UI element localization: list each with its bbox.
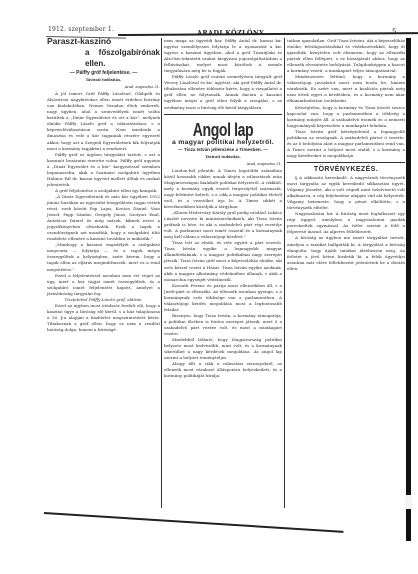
- paragraph: A bíróság az ügyben ma ismét tárgyalást …: [287, 235, 405, 271]
- paragraph: „Minthogy a kaszinó engedélyét a szolgab…: [47, 242, 160, 272]
- paragraph: Tisza lett az elnök, és vele együtt a pá…: [164, 240, 282, 282]
- column-divider: [284, 38, 285, 508]
- paragraph: Pálffy gróf ez ügyben tárgyalást tartott…: [47, 152, 160, 188]
- header-rule: [118, 32, 418, 35]
- page-edge-shadow: [406, 38, 411, 541]
- article-source-note: Távirati tudósítás.: [164, 154, 282, 160]
- column-right: tatban igazolatlan. Gróf Tisza Istvánt, …: [287, 38, 405, 272]
- article-source-note: Távirati tudósítás.: [47, 77, 160, 83]
- paragraph: Ahogy állt a cikk a választási viszonyok…: [164, 361, 282, 379]
- page-edge-gap: [405, 495, 412, 509]
- paragraph: London-ból jelentik: A Times legutóbbi s…: [164, 168, 282, 210]
- paragraph: nem maga az ügyvédi kar. Pálffy Antal dr…: [164, 38, 282, 74]
- newspaper-page: 1912. szeptember 1. ARADI KÖZLÖNY. 5 Par…: [0, 0, 418, 574]
- paragraph: Mindenesetre feltűnő, hogy a kormány a v…: [287, 74, 405, 104]
- paragraph: § A sikkasztó kereskedő. A nagyváradi tö…: [287, 175, 405, 211]
- section-divider: [164, 114, 282, 115]
- paragraph: Kétségtelen, hogy a kormány és Tisza köz…: [287, 105, 405, 129]
- article-dateline: Arad, augusztus 31.: [47, 84, 160, 90]
- paragraph: Ezzel az ügyben most ötödször fordult el…: [47, 303, 160, 333]
- column-divider: [161, 38, 162, 508]
- paragraph: „Khuen-Héderváry Károly gróf pedig utódá…: [164, 210, 282, 240]
- paragraph: „A Dinár Egyesületnek és más kör ügyében…: [47, 194, 160, 242]
- issue-date: 1912. szeptember 1.: [48, 26, 114, 33]
- column-middle: nem maga az ügyvédi kar. Pálffy Antal dr…: [164, 38, 282, 379]
- section-divider: [287, 162, 405, 163]
- paragraph: Mindebből látható, hogy Magyarország pol…: [164, 337, 282, 361]
- article-subtitle-2: — Tisza István jellemzése a Timesben. —: [164, 147, 282, 153]
- paragraph: Kossuth Ferenc és pártja most ellenzékbe…: [164, 283, 282, 313]
- paragraph: tatban igazolatlan. Gróf Tisza Istvánt, …: [287, 38, 405, 74]
- paragraph: Nagyszalontai hír. A bíróság most foglal…: [287, 211, 405, 235]
- article-subtitle: — Pálffy gróf feljelentése. —: [47, 70, 160, 76]
- column-left: Paraszt-kaszinó a főszolgabírónak ellen.…: [47, 36, 160, 333]
- paragraph: A jól ismert Gróf Pálffy Lászlóné, Oláhp…: [47, 91, 160, 151]
- paragraph: Ezzel a feljelentéssel azonban nem ért v…: [47, 273, 160, 297]
- paragraph: Pálffy László gróf ezután személyesen tá…: [164, 74, 282, 110]
- bottom-rule: [44, 512, 344, 533]
- paragraph: Bizonyos, hogy Tisza István, a kormány t…: [164, 313, 282, 337]
- article-dateline: Arad, augusztus 31.: [164, 161, 282, 167]
- article-title: Angol lap: [177, 121, 269, 139]
- article-title: Paraszt-kaszinó: [47, 36, 160, 47]
- article-title-line2: a főszolgabírónak ellen.: [85, 47, 160, 69]
- paragraph: Tisza István gróf kétségtelenül a legnag…: [287, 129, 405, 159]
- article-subtitle: a magyar politikai helyzetről.: [164, 140, 282, 146]
- section-title: TÖRVÉNYKEZÉS.: [287, 167, 405, 173]
